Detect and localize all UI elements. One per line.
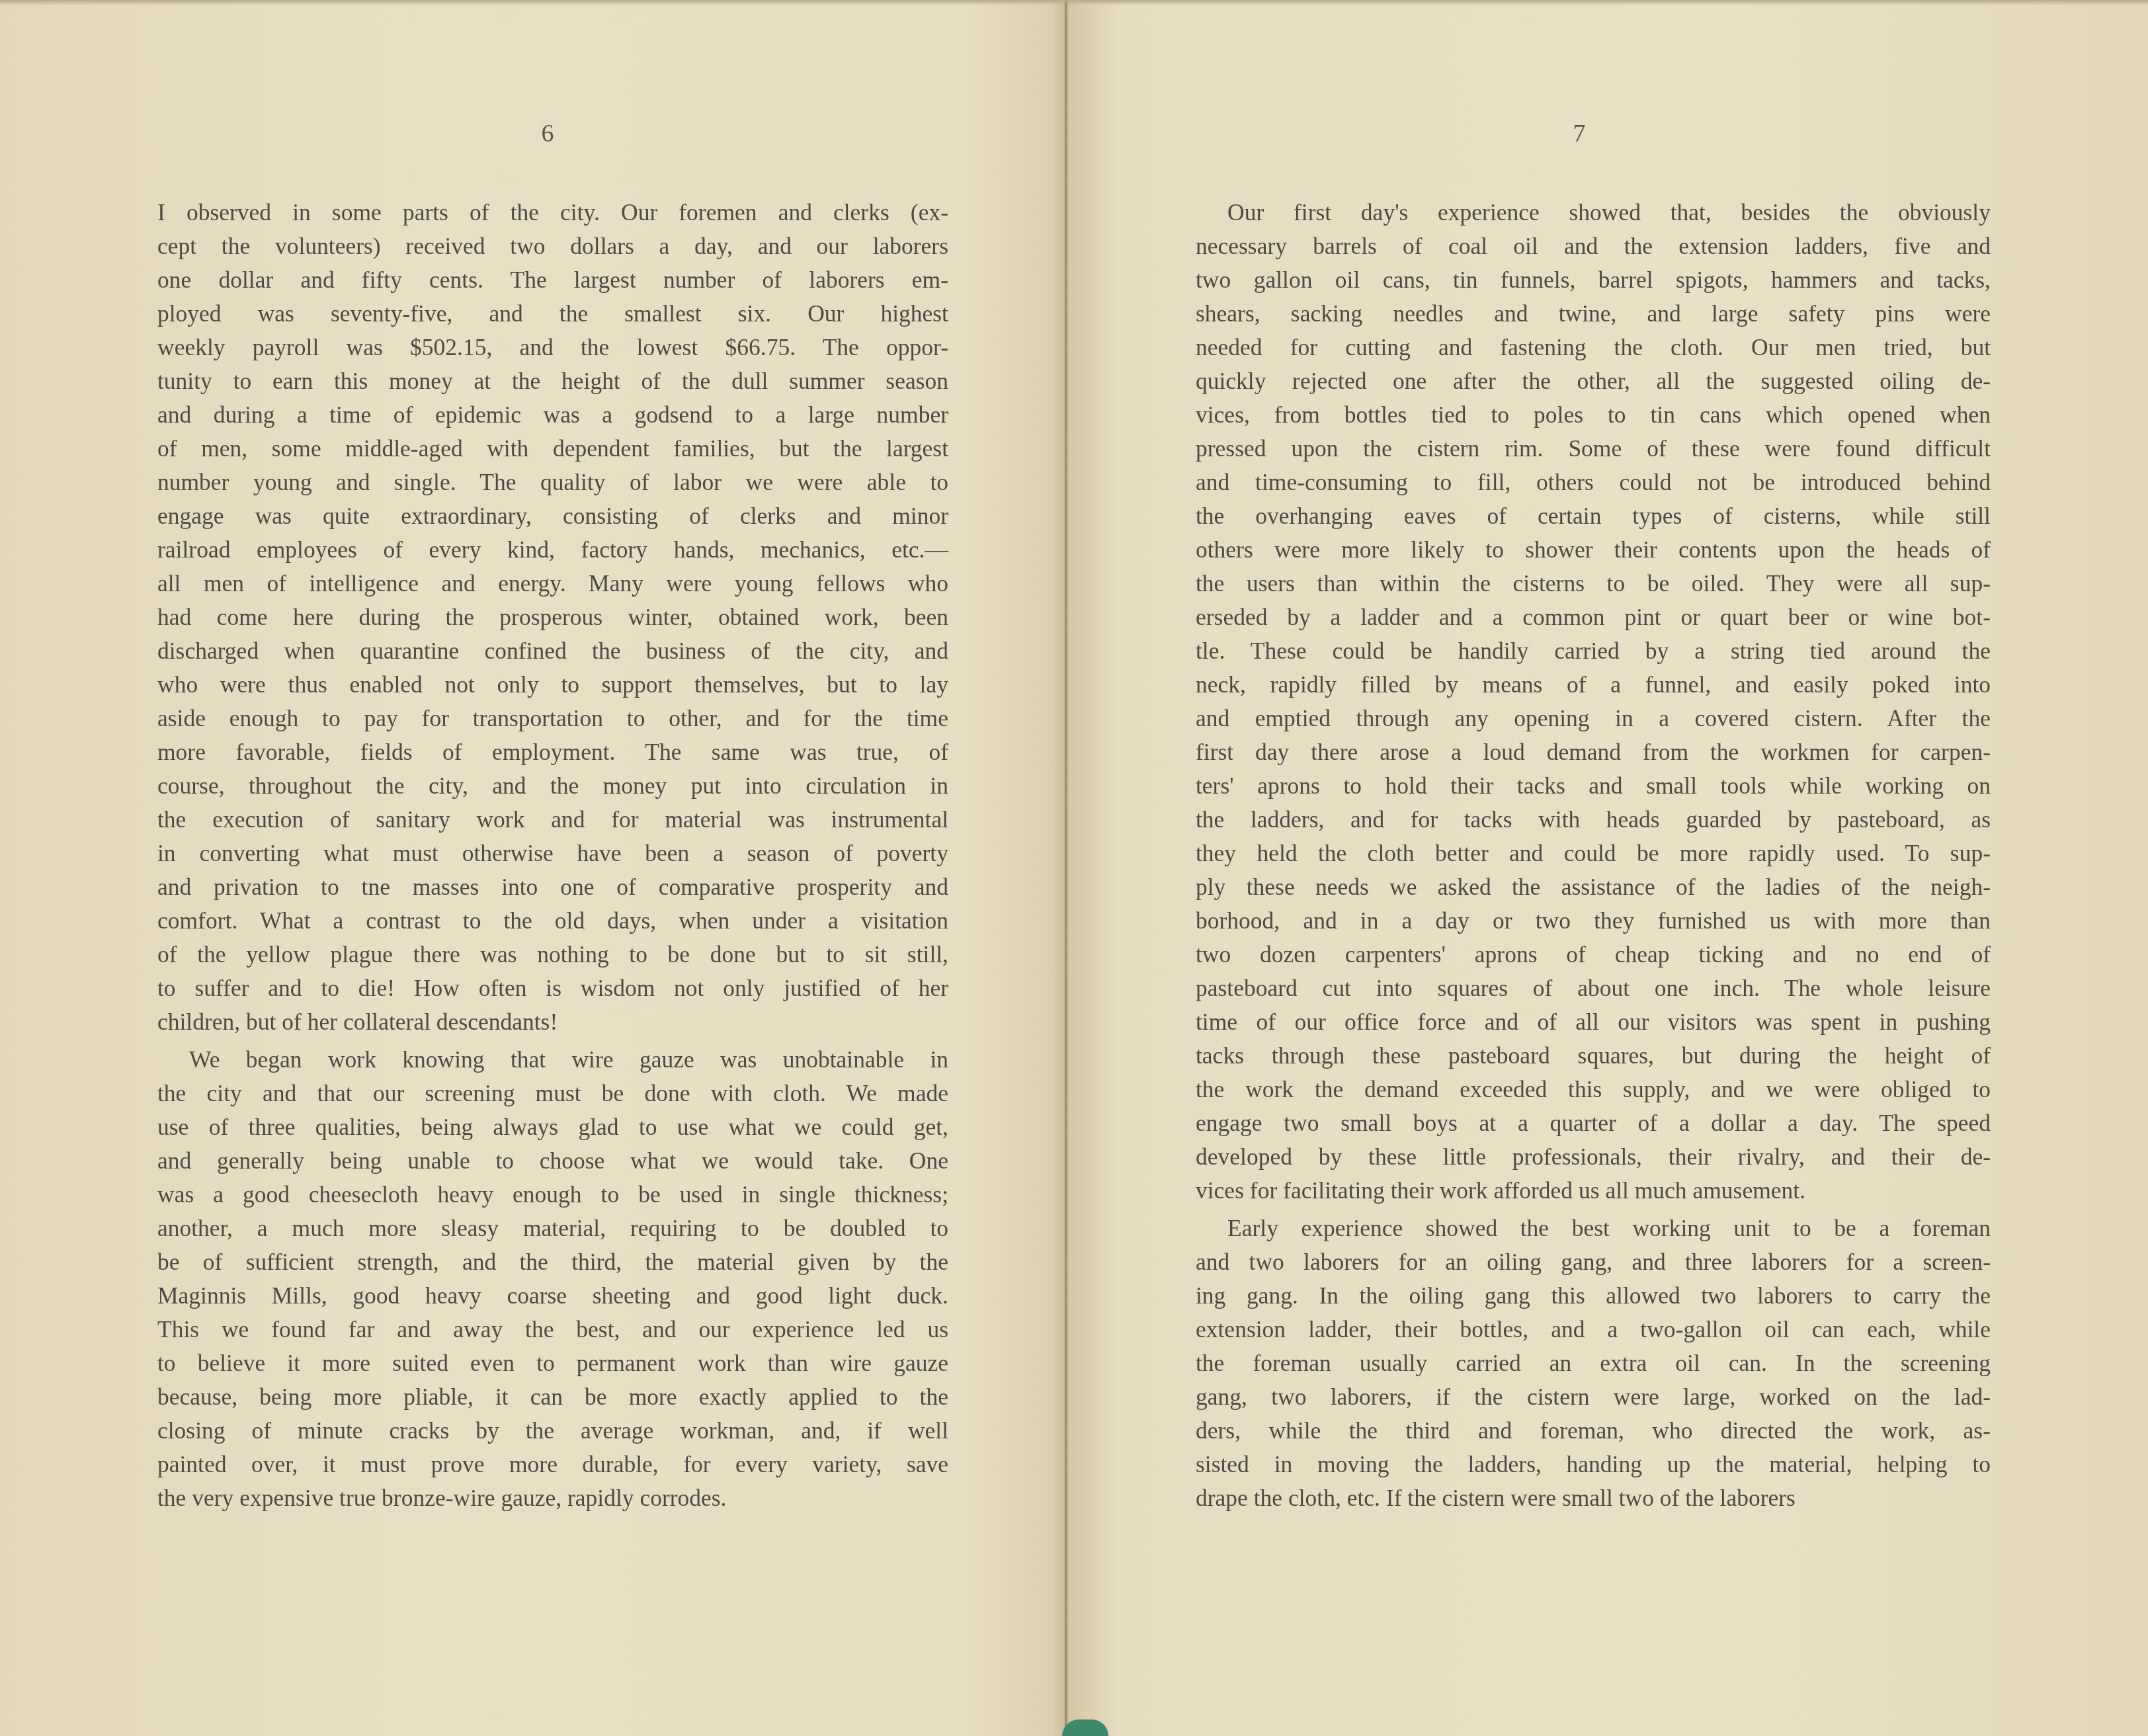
text-line: quickly rejected one after the other, al… [1196, 364, 1991, 398]
text-line: comfort. What a contrast to the old days… [157, 904, 948, 938]
text-line: be of sufficient strength, and the third… [157, 1245, 948, 1279]
text-line: who were thus enabled not only to suppor… [157, 668, 948, 702]
text-line: the overhanging eaves of certain types o… [1196, 499, 1991, 533]
text-line: engage was quite extraordinary, consisti… [157, 499, 948, 533]
text-line: of the yellow plague there was nothing t… [157, 938, 948, 971]
text-line: two dozen carpenters' aprons of cheap ti… [1196, 938, 1991, 971]
text-line: and time-consuming to fill, others could… [1196, 466, 1991, 499]
text-line: ply these needs we asked the assistance … [1196, 870, 1991, 904]
text-line: engage two small boys at a quarter of a … [1196, 1106, 1991, 1140]
text-line: and generally being unable to choose wha… [157, 1144, 948, 1178]
text-line: aside enough to pay for transportation t… [157, 702, 948, 735]
left-page: 6 I observed in some parts of the city. … [0, 0, 1063, 1736]
text-line: and privation to tne masses into one of … [157, 870, 948, 904]
text-line: Early experience showed the best working… [1196, 1212, 1991, 1245]
text-line: two gallon oil cans, tin funnels, barrel… [1196, 263, 1991, 297]
page-text: I observed in some parts of the city. Ou… [157, 196, 948, 1515]
spine-cloth [1062, 1719, 1108, 1736]
paragraph: We began work knowing that wire gauze wa… [157, 1043, 948, 1515]
text-line: number young and single. The quality of … [157, 466, 948, 499]
text-line: ployed was seventy-five, and the smalles… [157, 297, 948, 331]
text-line: ters' aprons to hold their tacks and sma… [1196, 769, 1991, 803]
text-line: extension ladder, their bottles, and a t… [1196, 1313, 1991, 1346]
paragraph: I observed in some parts of the city. Ou… [157, 196, 948, 1039]
text-line: weekly payroll was $502.15, and the lowe… [157, 331, 948, 364]
paragraph: Early experience showed the best working… [1196, 1212, 1991, 1515]
text-line: the city and that our screening must be … [157, 1077, 948, 1110]
text-line: shears, sacking needles and twine, and l… [1196, 297, 1991, 331]
text-line: closing of minute cracks by the average … [157, 1414, 948, 1448]
text-line: they held the cloth better and could be … [1196, 837, 1991, 870]
text-line: discharged when quarantine confined the … [157, 634, 948, 668]
text-line: tle. These could be handily carried by a… [1196, 634, 1991, 668]
page-number: 6 [515, 119, 581, 148]
text-line: children, but of her collateral descenda… [157, 1005, 948, 1039]
text-line: gang, two laborers, if the cistern were … [1196, 1380, 1991, 1414]
text-line: borhood, and in a day or two they furnis… [1196, 904, 1991, 938]
text-line: developed by these little professionals,… [1196, 1140, 1991, 1174]
text-line: drape the cloth, etc. If the cistern wer… [1196, 1481, 1991, 1515]
text-line: to suffer and to die! How often is wisdo… [157, 971, 948, 1005]
text-line: course, throughout the city, and the mon… [157, 769, 948, 803]
text-line: Maginnis Mills, good heavy coarse sheeti… [157, 1279, 948, 1313]
text-line: of men, some middle-aged with dependent … [157, 432, 948, 466]
text-line: others were more likely to shower their … [1196, 533, 1991, 567]
text-line: tacks through these pasteboard squares, … [1196, 1039, 1991, 1073]
paragraph: Our first day's experience showed that, … [1196, 196, 1991, 1208]
right-page: 7 Our first day's experience showed that… [1066, 0, 2148, 1736]
text-line: neck, rapidly filled by means of a funne… [1196, 668, 1991, 702]
text-line: the ladders, and for tacks with heads gu… [1196, 803, 1991, 837]
text-line: ders, while the third and foreman, who d… [1196, 1414, 1991, 1448]
text-line: first day there arose a loud demand from… [1196, 735, 1991, 769]
text-line: vices for facilitating their work afford… [1196, 1174, 1991, 1208]
text-line: the work the demand exceeded this supply… [1196, 1073, 1991, 1106]
text-line: because, being more pliable, it can be m… [157, 1380, 948, 1414]
page-text: Our first day's experience showed that, … [1196, 196, 1991, 1515]
text-line: in converting what must otherwise have b… [157, 837, 948, 870]
text-line: one dollar and fifty cents. The largest … [157, 263, 948, 297]
text-line: tunity to earn this money at the height … [157, 364, 948, 398]
text-line: Our first day's experience showed that, … [1196, 196, 1991, 229]
text-line: time of our office force and of all our … [1196, 1005, 1991, 1039]
text-line: We began work knowing that wire gauze wa… [157, 1043, 948, 1077]
text-line: I observed in some parts of the city. Ou… [157, 196, 948, 229]
text-line: the users than within the cisterns to be… [1196, 567, 1991, 600]
text-line: to believe it more suited even to perman… [157, 1346, 948, 1380]
text-line: vices, from bottles tied to poles to tin… [1196, 398, 1991, 432]
text-line: all men of intelligence and energy. Many… [157, 567, 948, 600]
text-line: the foreman usually carried an extra oil… [1196, 1346, 1991, 1380]
text-line: ing gang. In the oiling gang this allowe… [1196, 1279, 1991, 1313]
text-line: was a good cheesecloth heavy enough to b… [157, 1178, 948, 1212]
text-line: sisted in moving the ladders, handing up… [1196, 1448, 1991, 1481]
page-number: 7 [1546, 119, 1612, 148]
text-line: another, a much more sleasy material, re… [157, 1212, 948, 1245]
text-line: and two laborers for an oiling gang, and… [1196, 1245, 1991, 1279]
text-line: pasteboard cut into squares of about one… [1196, 971, 1991, 1005]
text-line: more favorable, fields of employment. Th… [157, 735, 948, 769]
book-spread: 6 I observed in some parts of the city. … [0, 0, 2148, 1736]
text-line: the very expensive true bronze-wire gauz… [157, 1481, 948, 1515]
text-line: needed for cutting and fastening the clo… [1196, 331, 1991, 364]
text-line: necessary barrels of coal oil and the ex… [1196, 229, 1991, 263]
text-line: erseded by a ladder and a common pint or… [1196, 600, 1991, 634]
text-line: and during a time of epidemic was a gods… [157, 398, 948, 432]
text-line: use of three qualities, being always gla… [157, 1110, 948, 1144]
text-line: cept the volunteers) received two dollar… [157, 229, 948, 263]
text-line: and emptied through any opening in a cov… [1196, 702, 1991, 735]
text-line: railroad employees of every kind, factor… [157, 533, 948, 567]
text-line: had come here during the prosperous wint… [157, 600, 948, 634]
text-line: painted over, it must prove more durable… [157, 1448, 948, 1481]
text-line: This we found far and away the best, and… [157, 1313, 948, 1346]
text-line: pressed upon the cistern rim. Some of th… [1196, 432, 1991, 466]
text-line: the execution of sanitary work and for m… [157, 803, 948, 837]
